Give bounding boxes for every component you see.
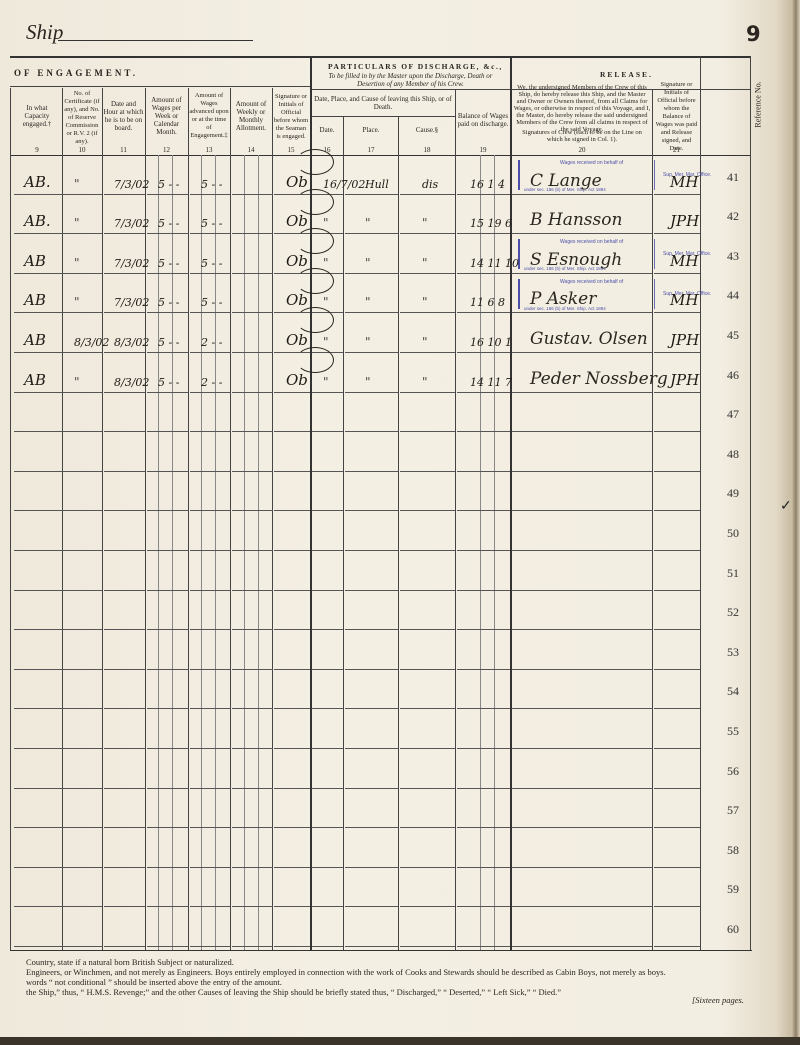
ship-name-line [58,40,253,41]
wages-cell: 5 - - [158,376,179,389]
row-rule [400,312,455,313]
table-row: 49 [10,474,750,512]
row-rule [400,906,455,907]
col-number: 11 [103,146,144,154]
row-rule [512,748,652,749]
official-initials-cell: Ob [286,331,308,349]
date-on-board-cell: 7/3/02 [114,257,149,270]
table-row: 47 [10,395,750,433]
book-bottom-edge [0,1037,800,1045]
reference-number: 57 [713,803,753,818]
row-rule [274,590,310,591]
row-rule [400,392,455,393]
row-rule [104,827,145,828]
row-rule [190,748,230,749]
discharge-date-cell: " [323,335,329,349]
reference-number: 56 [713,764,753,779]
official-initials-cell: Ob [286,371,308,389]
wages-cell: 5 - - [158,257,179,270]
row-rule [104,590,145,591]
row-rule [312,629,343,630]
crew-signature-cell: P Asker [530,289,596,309]
row-rule [190,669,230,670]
row-rule [654,392,700,393]
col-number: 20 [513,146,651,154]
reference-number: 47 [713,407,753,422]
row-rule [457,431,510,432]
row-rule [512,629,652,630]
row-rule [147,471,188,472]
stamp-top-text: Wages received on behalf of [560,160,623,166]
row-rule [400,867,455,868]
row-rule [312,788,343,789]
capacity-cell: AB. [24,212,51,230]
table-row: Wages received on behalf ofunder sec. 18… [10,157,750,195]
row-rule [312,550,343,551]
table-row: 50 [10,513,750,551]
row-rule [147,352,188,353]
row-rule [345,827,398,828]
stamp-top-text: Wages received on behalf of [560,279,623,285]
row-rule [457,748,510,749]
footnotes: Country, state if a natural born British… [26,957,766,997]
row-rule [232,273,272,274]
pages-note: [Sixteen pages. [692,995,744,1005]
row-rule [104,946,145,947]
table-row: 60 [10,909,750,947]
row-rule [312,708,343,709]
table-row: 52 [10,593,750,631]
ship-label: Ship [26,20,63,45]
row-rule [400,550,455,551]
row-rule [147,233,188,234]
row-rule [232,590,272,591]
col-number: 17 [344,146,398,154]
row-rule [312,471,343,472]
discharge-place-cell: Hull [365,178,389,191]
wages-cell: 5 - - [158,296,179,309]
row-rule [64,827,102,828]
row-rule [345,906,398,907]
row-rule [400,273,455,274]
row-rule [64,194,102,195]
row-rule [654,312,700,313]
row-rule [14,827,64,828]
row-rule [345,510,398,511]
row-rule [190,629,230,630]
row-rule [457,510,510,511]
date-on-board-cell: 7/3/02 [114,217,149,230]
footnote-line: Engineers, or Winchmen, and not merely a… [26,967,766,977]
row-rule [274,946,310,947]
row-rule [400,827,455,828]
row-rule [14,906,64,907]
row-rule [64,312,102,313]
reference-number: 43 [713,249,753,264]
row-rule [64,510,102,511]
row-rule [512,431,652,432]
discharge-place-cell: " [365,295,371,309]
row-rule [232,194,272,195]
row-rule [654,510,700,511]
row-rule [274,431,310,432]
discharge-date-cell: " [323,216,329,230]
row-rule [654,827,700,828]
reference-number: 59 [713,882,753,897]
ink-mark: ✓ [780,498,792,515]
advance-cell: 5 - - [201,178,222,191]
official-initials-cell: Ob [286,252,308,270]
col-head-reference-no: Reference No. [754,81,763,127]
row-rule [104,748,145,749]
row-rule [400,194,455,195]
row-rule [345,312,398,313]
row-rule [64,550,102,551]
row-rule [512,312,652,313]
row-rule [312,946,343,947]
row-rule [345,867,398,868]
reference-number: 60 [713,922,753,937]
release-initials-cell: MH [670,291,698,309]
row-rule [104,510,145,511]
row-rule [654,867,700,868]
row-rule [104,906,145,907]
capacity-cell: AB. [24,173,51,191]
row-rule [654,352,700,353]
table-row: 53 [10,632,750,670]
row-rule [14,748,64,749]
row-rule [190,510,230,511]
rule [310,116,455,117]
row-rule [400,431,455,432]
row-rule [232,669,272,670]
row-rule [104,352,145,353]
discharge-place-cell: " [365,375,371,389]
col-number: 21 [654,146,699,154]
initials-flourish [296,189,334,215]
row-rule [64,748,102,749]
rule [10,155,750,156]
row-rule [64,590,102,591]
row-rule [232,788,272,789]
date-on-board-cell: 8/3/02 [114,376,149,389]
discharge-place-cell: " [365,216,371,230]
row-rule [400,748,455,749]
row-rule [14,233,64,234]
release-section-title: RELEASE. [600,70,653,79]
row-rule [345,590,398,591]
col-head-official: Signature or Initials of Official before… [273,88,309,146]
row-rule [312,906,343,907]
release-initials-cell: JPH [670,371,699,389]
crew-signature-cell: Gustav. Olsen [530,329,648,349]
row-rule [274,748,310,749]
reference-number: 49 [713,486,753,501]
row-rule [190,590,230,591]
row-rule [190,827,230,828]
row-rule [147,194,188,195]
row-rule [312,392,343,393]
row-rule [345,352,398,353]
official-initials-cell: Ob [286,173,308,191]
row-rule [232,471,272,472]
row-rule [104,273,145,274]
table-row: Wages received on behalf ofunder sec. 18… [10,276,750,314]
col-number: 19 [457,146,509,154]
row-rule [64,233,102,234]
col-number: 12 [146,146,187,154]
advance-cell: 5 - - [201,217,222,230]
balance-cell: 14 11 10 [470,257,519,270]
row-rule [512,273,652,274]
row-rule [14,788,64,789]
row-rule [274,708,310,709]
row-rule [104,471,145,472]
row-rule [147,431,188,432]
row-rule [274,510,310,511]
row-rule [345,431,398,432]
row-rule [457,273,510,274]
row-rule [512,708,652,709]
row-rule [64,946,102,947]
col-number: 13 [189,146,229,154]
crew-signature-cell: B Hansson [530,210,622,230]
release-initials-cell: MH [670,173,698,191]
row-rule [190,352,230,353]
row-rule [345,273,398,274]
row-rule [654,906,700,907]
initials-flourish [296,268,334,294]
row-rule [64,629,102,630]
certificate-cell: 8/3/02 [74,336,109,349]
row-rule [345,233,398,234]
col-head-release-text: We, the undersigned Members of the Crew … [513,90,651,126]
row-rule [190,194,230,195]
release-initials-cell: MH [670,252,698,270]
table-row: 51 [10,553,750,591]
row-rule [14,629,64,630]
row-rule [14,273,64,274]
row-rule [64,708,102,709]
row-rule [654,590,700,591]
row-rule [147,510,188,511]
row-rule [147,748,188,749]
row-rule [147,827,188,828]
row-rule [190,233,230,234]
reference-number: 51 [713,566,753,581]
discharge-section-title: PARTICULARS OF DISCHARGE, &c., [328,62,503,71]
table-row: 55 [10,711,750,749]
row-rule [232,352,272,353]
row-rule [64,392,102,393]
capacity-cell: AB [24,331,46,349]
row-rule [312,827,343,828]
row-rule [14,431,64,432]
row-rule [654,946,700,947]
row-rule [14,392,64,393]
row-rule [104,708,145,709]
row-rule [64,669,102,670]
row-rule [274,906,310,907]
row-rule [400,471,455,472]
row-rule [512,510,652,511]
engagement-section-title: OF ENGAGEMENT. [14,68,138,78]
row-rule [654,431,700,432]
row-rule [512,590,652,591]
discharge-date-cell: 16/7/02 [323,178,365,191]
row-rule [274,392,310,393]
row-rule [147,550,188,551]
col-head-crew-signatures: Signatures of Crew (each to be on the Li… [518,128,646,144]
row-rule [457,392,510,393]
table-row: 54 [10,672,750,710]
wages-cell: 5 - - [158,178,179,191]
row-rule [400,946,455,947]
row-rule [104,194,145,195]
row-rule [104,550,145,551]
balance-cell: 14 11 7 [470,376,512,389]
row-rule [232,906,272,907]
certificate-cell: " [74,375,80,389]
row-rule [232,312,272,313]
discharge-date-cell: " [323,375,329,389]
row-rule [147,669,188,670]
row-rule [64,273,102,274]
discharge-date-cell: " [323,295,329,309]
row-rule [274,788,310,789]
stamp-top-text: Wages received on behalf of [560,239,623,245]
row-rule [512,946,652,947]
row-rule [190,708,230,709]
row-rule [64,471,102,472]
row-rule [190,946,230,947]
row-rule [654,233,700,234]
table-row: 59 [10,870,750,908]
crew-signature-cell: Peder Nossberg [530,369,668,389]
capacity-cell: AB [24,291,46,309]
row-rule [457,590,510,591]
row-rule [14,946,64,947]
row-rule [654,471,700,472]
row-rule [400,788,455,789]
row-rule [64,352,102,353]
row-rule [147,708,188,709]
col-number: 10 [63,146,101,154]
row-rule [654,669,700,670]
reference-number: 45 [713,328,753,343]
certificate-cell: " [74,216,80,230]
col-head-cause: Cause.§ [399,118,455,142]
table-bottom-rule [10,950,752,951]
row-rule [232,510,272,511]
initials-flourish [296,149,334,175]
reference-number: 55 [713,724,753,739]
row-rule [14,312,64,313]
row-rule [147,590,188,591]
col-head-advance: Amount of Wages advanced upon or at the … [189,88,229,144]
row-rule [400,629,455,630]
row-rule [147,273,188,274]
row-rule [345,748,398,749]
reference-number: 46 [713,368,753,383]
row-rule [512,906,652,907]
col-number: 18 [399,146,455,154]
wages-cell: 5 - - [158,336,179,349]
table-row: 48 [10,434,750,472]
capacity-cell: AB [24,371,46,389]
row-rule [147,946,188,947]
row-rule [457,867,510,868]
page-number: 9 [746,22,761,46]
discharge-place-cell: " [365,335,371,349]
row-rule [104,392,145,393]
row-rule [654,788,700,789]
row-rule [457,312,510,313]
row-rule [345,471,398,472]
balance-cell: 16 10 1 [470,336,512,349]
official-initials-cell: Ob [286,291,308,309]
row-rule [104,788,145,789]
row-rule [345,708,398,709]
row-rule [64,906,102,907]
row-rule [14,471,64,472]
row-rule [104,312,145,313]
row-rule [400,590,455,591]
row-rule [457,827,510,828]
discharge-cause-cell: " [422,256,428,270]
row-rule [457,233,510,234]
row-rule [14,669,64,670]
row-rule [512,194,652,195]
row-rule [190,312,230,313]
row-rule [232,748,272,749]
row-rule [457,946,510,947]
row-rule [400,708,455,709]
row-rule [232,392,272,393]
row-rule [190,550,230,551]
row-rule [232,867,272,868]
discharge-cause-cell: " [422,335,428,349]
row-rule [147,392,188,393]
official-initials-cell: Ob [286,212,308,230]
reference-number: 44 [713,288,753,303]
table-row: AB."7/3/025 - -5 - -Ob"""15 19 6B Hansso… [10,197,750,235]
footnote-line: Country, state if a natural born British… [26,957,766,967]
col-head-release-official: Signature or Initials of Official before… [654,90,699,144]
capacity-cell: AB [24,252,46,270]
col-head-place: Place. [344,118,398,142]
discharge-cause-cell: " [422,295,428,309]
row-rule [512,550,652,551]
row-rule [457,669,510,670]
advance-cell: 2 - - [201,336,222,349]
reference-number: 50 [713,526,753,541]
row-rule [345,392,398,393]
row-rule [14,550,64,551]
table-row: 58 [10,830,750,868]
col-number: 9 [14,146,60,154]
row-rule [400,352,455,353]
row-rule [232,629,272,630]
reference-number: 54 [713,684,753,699]
row-rule [274,827,310,828]
group-head-date-place-cause: Date, Place, and Cause of leaving this S… [312,91,454,115]
advance-cell: 5 - - [201,296,222,309]
row-rule [345,194,398,195]
row-rule [104,867,145,868]
row-rule [190,867,230,868]
row-rule [14,352,64,353]
